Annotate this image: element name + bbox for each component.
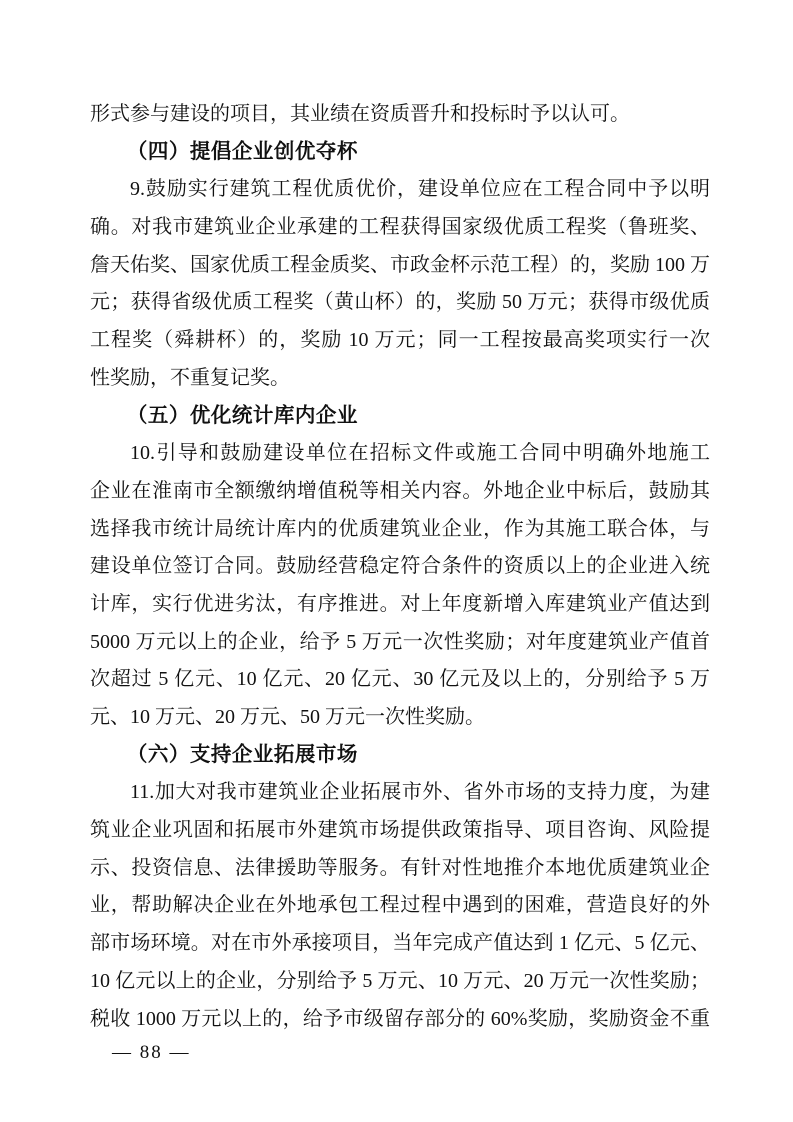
paragraph-line: 工程奖（舜耕杯）的，奖励 10 万元；同一工程按最高奖项实行一次 (90, 322, 710, 360)
paragraph-line: 11.加大对我市建筑业企业拓展市外、省外市场的支持力度，为建 (90, 774, 710, 812)
paragraph-line: 税收 1000 万元以上的，给予市级留存部分的 60%奖励，奖励资金不重 (90, 1001, 710, 1039)
section-heading-4: （四）提倡企业创优夺杯 (90, 134, 710, 172)
paragraph-line: 10 亿元以上的企业，分别给予 5 万元、10 万元、20 万元一次性奖励； (90, 963, 710, 1001)
paragraph-line: 示、投资信息、法律援助等服务。有针对性地推介本地优质建筑业企 (90, 850, 710, 888)
section-heading-6: （六）支持企业拓展市场 (90, 737, 710, 775)
paragraph-line: 选择我市统计局统计库内的优质建筑业企业，作为其施工联合体，与 (90, 511, 710, 549)
paragraph-line: 部市场环境。对在市外承接项目，当年完成产值达到 1 亿元、5 亿元、 (90, 925, 710, 963)
paragraph-line: 次超过 5 亿元、10 亿元、20 亿元、30 亿元及以上的，分别给予 5 万 (90, 661, 710, 699)
paragraph-line: 9.鼓励实行建筑工程优质优价，建设单位应在工程合同中予以明 (90, 171, 710, 209)
paragraph-line: 元、10 万元、20 万元、50 万元一次性奖励。 (90, 699, 710, 737)
paragraph-line: 建设单位签订合同。鼓励经营稳定符合条件的资质以上的企业进入统 (90, 548, 710, 586)
paragraph-line: 5000 万元以上的企业，给予 5 万元一次性奖励；对年度建筑业产值首 (90, 624, 710, 662)
paragraph-line: 筑业企业巩固和拓展市外建筑市场提供政策指导、项目咨询、风险提 (90, 812, 710, 850)
paragraph-line: 业，帮助解决企业在外地承包工程过程中遇到的困难，营造良好的外 (90, 887, 710, 925)
section-heading-5: （五）优化统计库内企业 (90, 398, 710, 436)
page-number: — 88 — (112, 1042, 191, 1064)
paragraph-line: 詹天佑奖、国家优质工程金质奖、市政金杯示范工程）的，奖励 100 万 (90, 247, 710, 285)
paragraph-line: 形式参与建设的项目，其业绩在资质晋升和投标时予以认可。 (90, 96, 710, 134)
paragraph-line: 企业在淮南市全额缴纳增值税等相关内容。外地企业中标后，鼓励其 (90, 473, 710, 511)
paragraph-line: 确。对我市建筑业企业承建的工程获得国家级优质工程奖（鲁班奖、 (90, 209, 710, 247)
document-body: 形式参与建设的项目，其业绩在资质晋升和投标时予以认可。 （四）提倡企业创优夺杯 … (90, 96, 710, 1038)
paragraph-line: 计库，实行优进劣汰，有序推进。对上年度新增入库建筑业产值达到 (90, 586, 710, 624)
paragraph-line: 性奖励，不重复记奖。 (90, 360, 710, 398)
paragraph-line: 10.引导和鼓励建设单位在招标文件或施工合同中明确外地施工 (90, 435, 710, 473)
paragraph-line: 元；获得省级优质工程奖（黄山杯）的，奖励 50 万元；获得市级优质 (90, 284, 710, 322)
